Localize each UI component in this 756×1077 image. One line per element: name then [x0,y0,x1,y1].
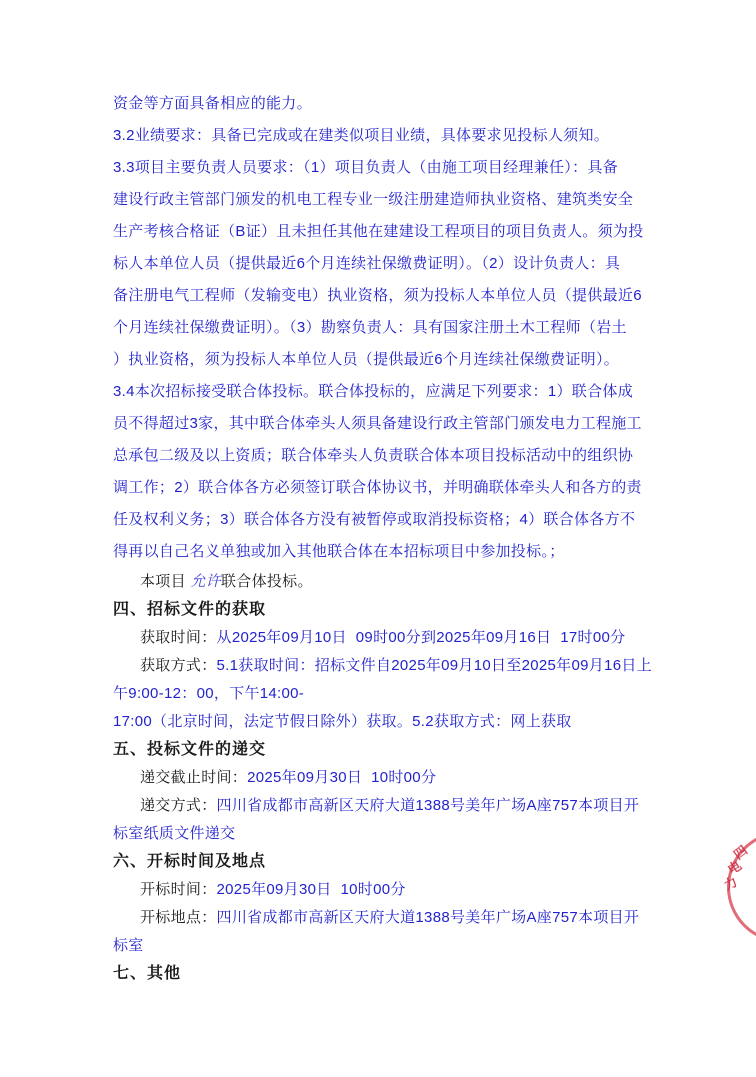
body-text: 调工作；2）联合体各方必须签订联合体协议书，并明确联体牵头人和各方的责 [113,479,642,496]
section-heading-4: 四、招标文件的获取 [113,596,653,624]
body-text: 备注册电气工程师（发输变电）执业资格，须为投标人本单位人员（提供最近6 [113,287,642,304]
heading-text: 四、招标文件的获取 [113,601,266,618]
text-line: ）执业资格，须为投标人本单位人员（提供最近6个月连续社保缴费证明）。 [113,344,653,376]
obtain-time-line: 获取时间：从2025年09月10日 09时00分到2025年09月16日 17时… [113,624,653,652]
text-line: 得再以自己名义单独或加入其他联合体在本招标项目中参加投标。； [113,536,653,568]
text-line: 建设行政主管部门颁发的机电工程专业一级注册建造师执业资格、建筑类安全 [113,184,653,216]
section-heading-6: 六、开标时间及地点 [113,848,653,876]
body-text: 任及权利义务；3）联合体各方没有被暂停或取消投标资格；4）联合体各方不 [113,511,635,528]
field-label: 获取方式： [140,657,217,674]
field-label: 递交截止时间： [140,769,247,786]
text-line: 总承包二级及以上资质；联合体牵头人负责联合体本项目投标活动中的组织协 [113,440,653,472]
field-label: 获取时间： [140,629,217,646]
body-text: 3.2业绩要求：具备已完成或在建类似项目业绩，具体要求见投标人须知。 [113,127,609,144]
allowed-value: 允许 [190,573,221,590]
open-location-line: 开标地点：四川省成都市高新区天府大道1388号美年广场A座757本项目开 [113,904,653,932]
submit-method-line: 递交方式：四川省成都市高新区天府大道1388号美年广场A座757本项目开 [113,792,653,820]
text-line: 标人本单位人员（提供最近6个月连续社保缴费证明）。（2）设计负责人：具 [113,248,653,280]
field-label: 开标时间： [140,881,217,898]
submit-deadline-line: 递交截止时间：2025年09月30日 10时00分 [113,764,653,792]
body-text: 得再以自己名义单独或加入其他联合体在本招标项目中参加投标。； [113,543,565,560]
field-value: 5.1获取时间：招标文件自2025年09月10日至2025年09月16日上 [217,657,652,674]
body-text: 标室 [113,937,144,954]
field-label: 递交方式： [140,797,217,814]
field-value: 2025年09月30日 10时00分 [217,881,406,898]
text-line: 生产考核合格证（B证）且未担任其他在建建设工程项目的项目负责人。须为投 [113,216,653,248]
heading-text: 七、其他 [113,965,181,982]
field-value: 从2025年09月10日 09时00分到2025年09月16日 17时00分 [217,629,626,646]
text-line: 3.3项目主要负责人员要求：（1）项目负责人（由施工项目经理兼任）：具备 [113,152,653,184]
section-heading-5: 五、投标文件的递交 [113,736,653,764]
field-value: 2025年09月30日 10时00分 [247,769,436,786]
body-text: 个月连续社保缴费证明）。（3）勘察负责人：具有国家注册土木工程师（岩土 [113,319,627,336]
text-line: 任及权利义务；3）联合体各方没有被暂停或取消投标资格；4）联合体各方不 [113,504,653,536]
field-label: 开标地点： [140,909,217,926]
body-text: 17:00（北京时间，法定节假日除外）获取。5.2获取方式：网上获取 [113,713,572,730]
text-line: 个月连续社保缴费证明）。（3）勘察负责人：具有国家注册土木工程师（岩土 [113,312,653,344]
body-text: 建设行政主管部门颁发的机电工程专业一级注册建造师执业资格、建筑类安全 [113,191,633,208]
body-text: ）执业资格，须为投标人本单位人员（提供最近6个月连续社保缴费证明）。 [113,351,619,368]
text-line: 标室纸质文件递交 [113,820,653,848]
body-text: 资金等方面具备相应的能力。 [113,95,312,112]
document-page: 资金等方面具备相应的能力。 3.2业绩要求：具备已完成或在建类似项目业绩，具体要… [0,0,756,1077]
text-line: 备注册电气工程师（发输变电）执业资格，须为投标人本单位人员（提供最近6 [113,280,653,312]
body-text: 标室纸质文件递交 [113,825,235,842]
obtain-method-line: 获取方式：5.1获取时间：招标文件自2025年09月10日至2025年09月16… [113,652,653,680]
body-text: 员不得超过3家，其中联合体牵头人须具备建设行政主管部门颁发电力工程施工 [113,415,642,432]
body-text: 3.4本次招标接受联合体投标。联合体投标的，应满足下列要求：1）联合体成 [113,383,633,400]
body-text: 生产考核合格证（B证）且未担任其他在建建设工程项目的项目负责人。须为投 [113,223,644,240]
text-line: 3.2业绩要求：具备已完成或在建类似项目业绩，具体要求见投标人须知。 [113,120,653,152]
body-text: 3.3项目主要负责人员要求：（1）项目负责人（由施工项目经理兼任）：具备 [113,159,618,176]
consortium-allowed-line: 本项目 允许联合体投标。 [113,568,653,596]
body-text: 总承包二级及以上资质；联合体牵头人负责联合体本项目投标活动中的组织协 [113,447,633,464]
section-heading-7: 七、其他 [113,960,653,988]
text-line: 标室 [113,932,653,960]
text-line: 午9:00-12：00，下午14:00- [113,680,653,708]
body-text: 本项目 [140,573,190,590]
text-line: 17:00（北京时间，法定节假日除外）获取。5.2获取方式：网上获取 [113,708,653,736]
text-line: 员不得超过3家，其中联合体牵头人须具备建设行政主管部门颁发电力工程施工 [113,408,653,440]
body-text: 午9:00-12：00，下午14:00- [113,685,304,702]
field-value: 四川省成都市高新区天府大道1388号美年广场A座757本项目开 [217,909,640,926]
text-line: 3.4本次招标接受联合体投标。联合体投标的，应满足下列要求：1）联合体成 [113,376,653,408]
open-time-line: 开标时间：2025年09月30日 10时00分 [113,876,653,904]
heading-text: 六、开标时间及地点 [113,853,266,870]
text-line: 调工作；2）联合体各方必须签订联合体协议书，并明确联体牵头人和各方的责 [113,472,653,504]
body-text: 标人本单位人员（提供最近6个月连续社保缴费证明）。（2）设计负责人：具 [113,255,620,272]
field-value: 四川省成都市高新区天府大道1388号美年广场A座757本项目开 [217,797,640,814]
body-text: 联合体投标。 [221,573,313,590]
document-body: 资金等方面具备相应的能力。 3.2业绩要求：具备已完成或在建类似项目业绩，具体要… [113,88,653,988]
heading-text: 五、投标文件的递交 [113,741,266,758]
text-line: 资金等方面具备相应的能力。 [113,88,653,120]
